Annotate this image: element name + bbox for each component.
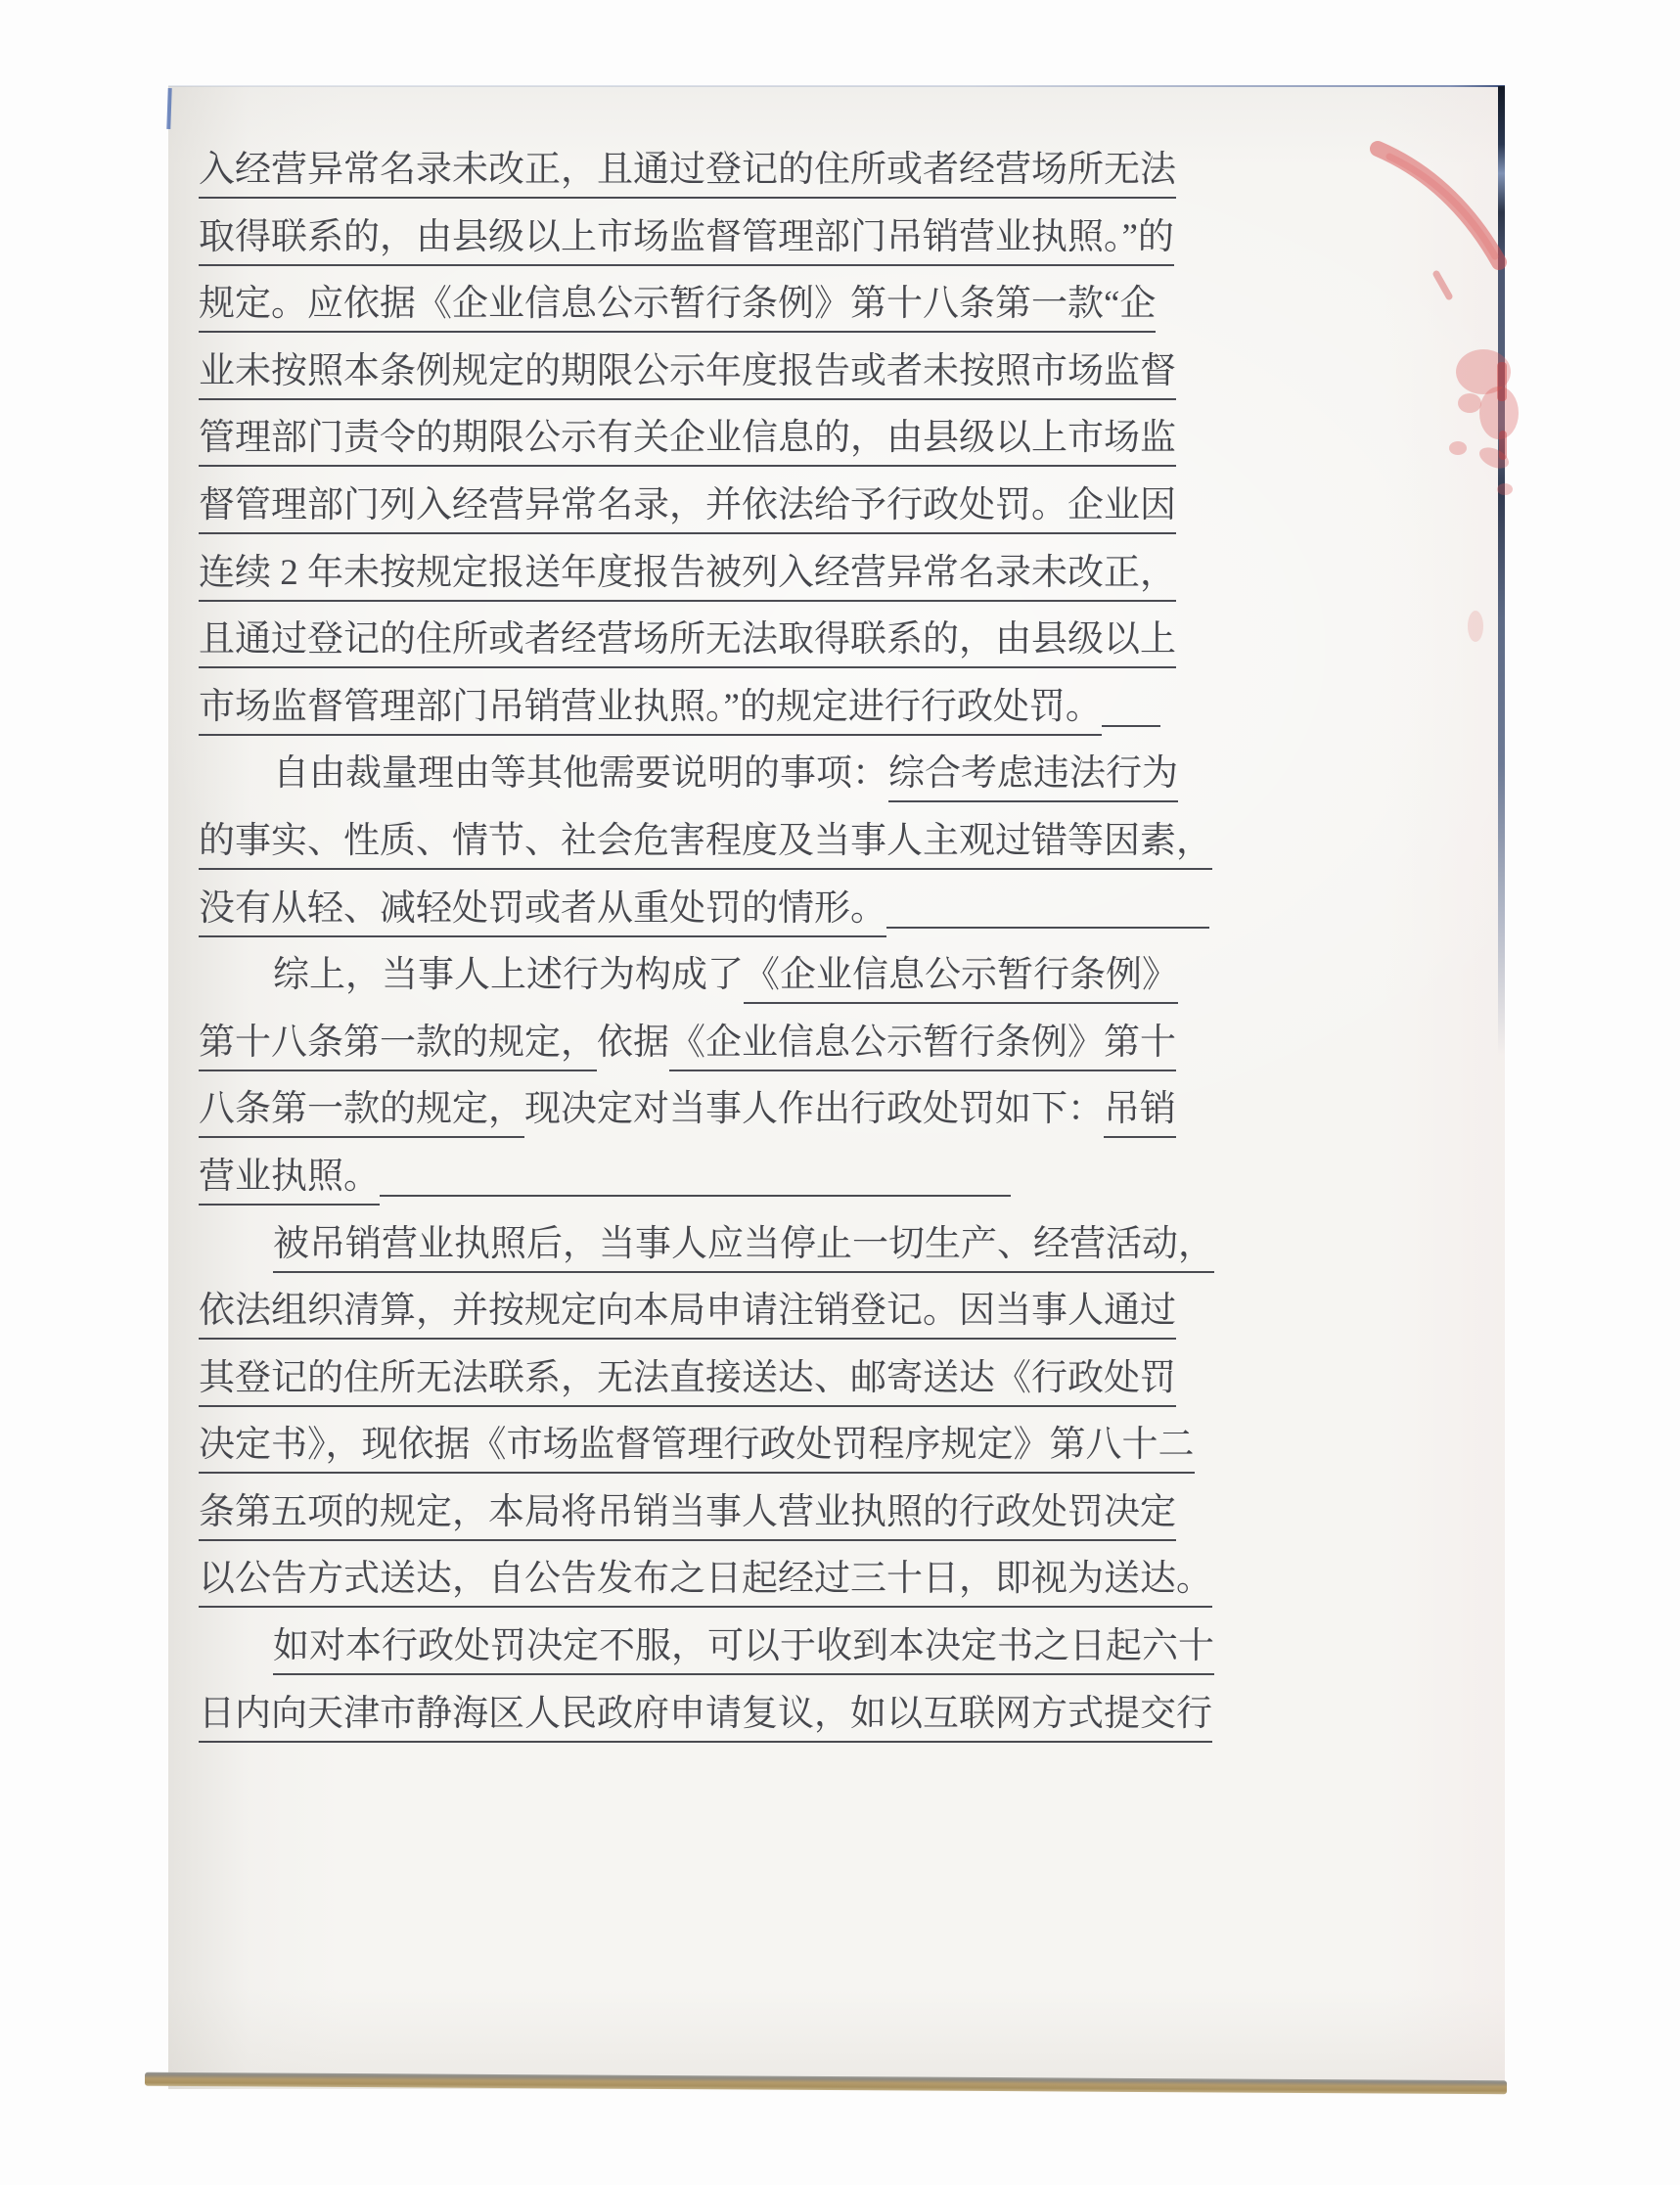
underlined-text-segment: 且通过登记的住所或者经营场所无法取得联系的，由县级以上 bbox=[199, 619, 1176, 668]
underlined-text-segment: 被吊销营业执照后，当事人应当停止一切生产、经营活动， bbox=[273, 1224, 1214, 1273]
text-line: 自由裁量理由等其他需要说明的事项：综合考虑违法行为 bbox=[199, 741, 1206, 808]
underlined-text-segment: 取得联系的，由县级以上市场监督管理部门吊销营业执照。”的 bbox=[199, 217, 1174, 266]
underlined-text-segment: 没有从轻、减轻处罚或者从重处罚的情形。 bbox=[199, 888, 886, 937]
underlined-text-segment: 《企业信息公示暂行条例》 bbox=[744, 955, 1178, 1004]
text-line: 决定书》，现依据《市场监督管理行政处罚程序规定》第八十二 bbox=[199, 1412, 1206, 1479]
text-line: 条第五项的规定，本局将吊销当事人营业执照的行政处罚决定 bbox=[199, 1479, 1206, 1547]
text-line: 其登记的住所无法联系，无法直接送达、邮寄送达《行政处罚 bbox=[199, 1345, 1206, 1413]
underlined-text-segment: 其登记的住所无法联系，无法直接送达、邮寄送达《行政处罚 bbox=[199, 1358, 1176, 1407]
text-segment: 现决定对当事人作出行政处罚如下： bbox=[524, 1089, 1104, 1129]
underlined-text-segment: 市场监督管理部门吊销营业执照。”的规定进行行政处罚。 bbox=[199, 687, 1102, 736]
underlined-text-segment: 入经营异常名录未改正，且通过登记的住所或者经营场所无法 bbox=[199, 150, 1176, 199]
blank-underline bbox=[380, 1178, 1011, 1197]
underlined-text-segment: 决定书》，现依据《市场监督管理行政处罚程序规定》第八十二 bbox=[199, 1425, 1195, 1474]
text-line: 日内向天津市静海区人民政府申请复议，如以互联网方式提交行 bbox=[199, 1681, 1206, 1749]
page-right-edge bbox=[1498, 86, 1505, 1055]
underlined-text-segment: 业未按照本条例规定的期限公示年度报告或者未按照市场监督 bbox=[199, 351, 1176, 400]
underlined-text-segment: 管理部门责令的期限公示有关企业信息的，由县级以上市场监 bbox=[199, 418, 1176, 467]
text-line: 营业执照。 bbox=[199, 1144, 1206, 1211]
underlined-text-segment: 日内向天津市静海区人民政府申请复议，如以互联网方式提交行 bbox=[199, 1694, 1212, 1743]
underlined-text-segment: 督管理部门列入经营异常名录，并依法给予行政处罚。企业因 bbox=[199, 485, 1176, 534]
text-line: 且通过登记的住所或者经营场所无法取得联系的，由县级以上 bbox=[199, 607, 1206, 674]
page-top-edge bbox=[168, 85, 1505, 87]
blank-underline bbox=[1102, 708, 1160, 727]
text-line: 管理部门责令的期限公示有关企业信息的，由县级以上市场监 bbox=[199, 405, 1206, 473]
underlined-text-segment: 条第五项的规定，本局将吊销当事人营业执照的行政处罚决定 bbox=[199, 1492, 1176, 1541]
underlined-text-segment: 《企业信息公示暂行条例》第十 bbox=[669, 1023, 1176, 1071]
text-line: 督管理部门列入经营异常名录，并依法给予行政处罚。企业因 bbox=[199, 473, 1206, 540]
text-line: 业未按照本条例规定的期限公示年度报告或者未按照市场监督 bbox=[199, 339, 1206, 406]
blank-underline bbox=[886, 910, 1209, 929]
underlined-text-segment: 依法组织清算，并按规定向本局申请注销登记。因当事人通过 bbox=[199, 1291, 1176, 1340]
underlined-text-segment: 综合考虑违法行为 bbox=[888, 753, 1178, 802]
text-segment: 自由裁量理由等其他需要说明的事项： bbox=[273, 753, 888, 794]
underlined-text-segment: 连续 2 年未按规定报送年度报告被列入经营异常名录未改正， bbox=[199, 553, 1176, 602]
underlined-text-segment: 如对本行政处罚决定不服，可以于收到本决定书之日起六十 bbox=[273, 1626, 1214, 1675]
text-line: 连续 2 年未按规定报送年度报告被列入经营异常名录未改正， bbox=[199, 540, 1206, 608]
underlined-text-segment: 八条第一款的规定， bbox=[199, 1089, 524, 1138]
document-body-text: 入经营异常名录未改正，且通过登记的住所或者经营场所无法取得联系的，由县级以上市场… bbox=[199, 137, 1206, 1748]
underlined-text-segment: 吊销 bbox=[1104, 1089, 1176, 1138]
text-line: 规定。应依据《企业信息公示暂行条例》第十八条第一款“企 bbox=[199, 271, 1206, 339]
text-line: 市场监督管理部门吊销营业执照。”的规定进行行政处罚。 bbox=[199, 674, 1206, 742]
text-line: 如对本行政处罚决定不服，可以于收到本决定书之日起六十 bbox=[199, 1614, 1206, 1681]
underlined-text-segment: 的事实、性质、情节、社会危害程度及当事人主观过错等因素， bbox=[199, 821, 1212, 870]
text-line: 的事实、性质、情节、社会危害程度及当事人主观过错等因素， bbox=[199, 808, 1206, 876]
text-line: 八条第一款的规定，现决定对当事人作出行政处罚如下：吊销 bbox=[199, 1076, 1206, 1144]
text-segment: 综上，当事人上述行为构成了 bbox=[273, 955, 744, 995]
scanned-document-screenshot: { "document": { "language": "zh-CN", "li… bbox=[0, 0, 1680, 2185]
underlined-text-segment: 以公告方式送达，自公告发布之日起经过三十日，即视为送达。 bbox=[199, 1559, 1212, 1608]
text-line: 以公告方式送达，自公告发布之日起经过三十日，即视为送达。 bbox=[199, 1546, 1206, 1614]
underlined-text-segment: 营业执照。 bbox=[199, 1157, 380, 1206]
underlined-text-segment: 规定。应依据《企业信息公示暂行条例》第十八条第一款“企 bbox=[199, 284, 1156, 333]
text-line: 被吊销营业执照后，当事人应当停止一切生产、经营活动， bbox=[199, 1211, 1206, 1279]
text-segment: 依据 bbox=[597, 1023, 669, 1063]
text-line: 取得联系的，由县级以上市场监督管理部门吊销营业执照。”的 bbox=[199, 205, 1206, 272]
text-line: 综上，当事人上述行为构成了《企业信息公示暂行条例》 bbox=[199, 942, 1206, 1010]
text-line: 依法组织清算，并按规定向本局申请注销登记。因当事人通过 bbox=[199, 1278, 1206, 1345]
text-line: 入经营异常名录未改正，且通过登记的住所或者经营场所无法 bbox=[199, 137, 1206, 205]
text-line: 第十八条第一款的规定，依据《企业信息公示暂行条例》第十 bbox=[199, 1010, 1206, 1077]
underlined-text-segment: 第十八条第一款的规定， bbox=[199, 1023, 597, 1071]
text-line: 没有从轻、减轻处罚或者从重处罚的情形。 bbox=[199, 876, 1206, 943]
